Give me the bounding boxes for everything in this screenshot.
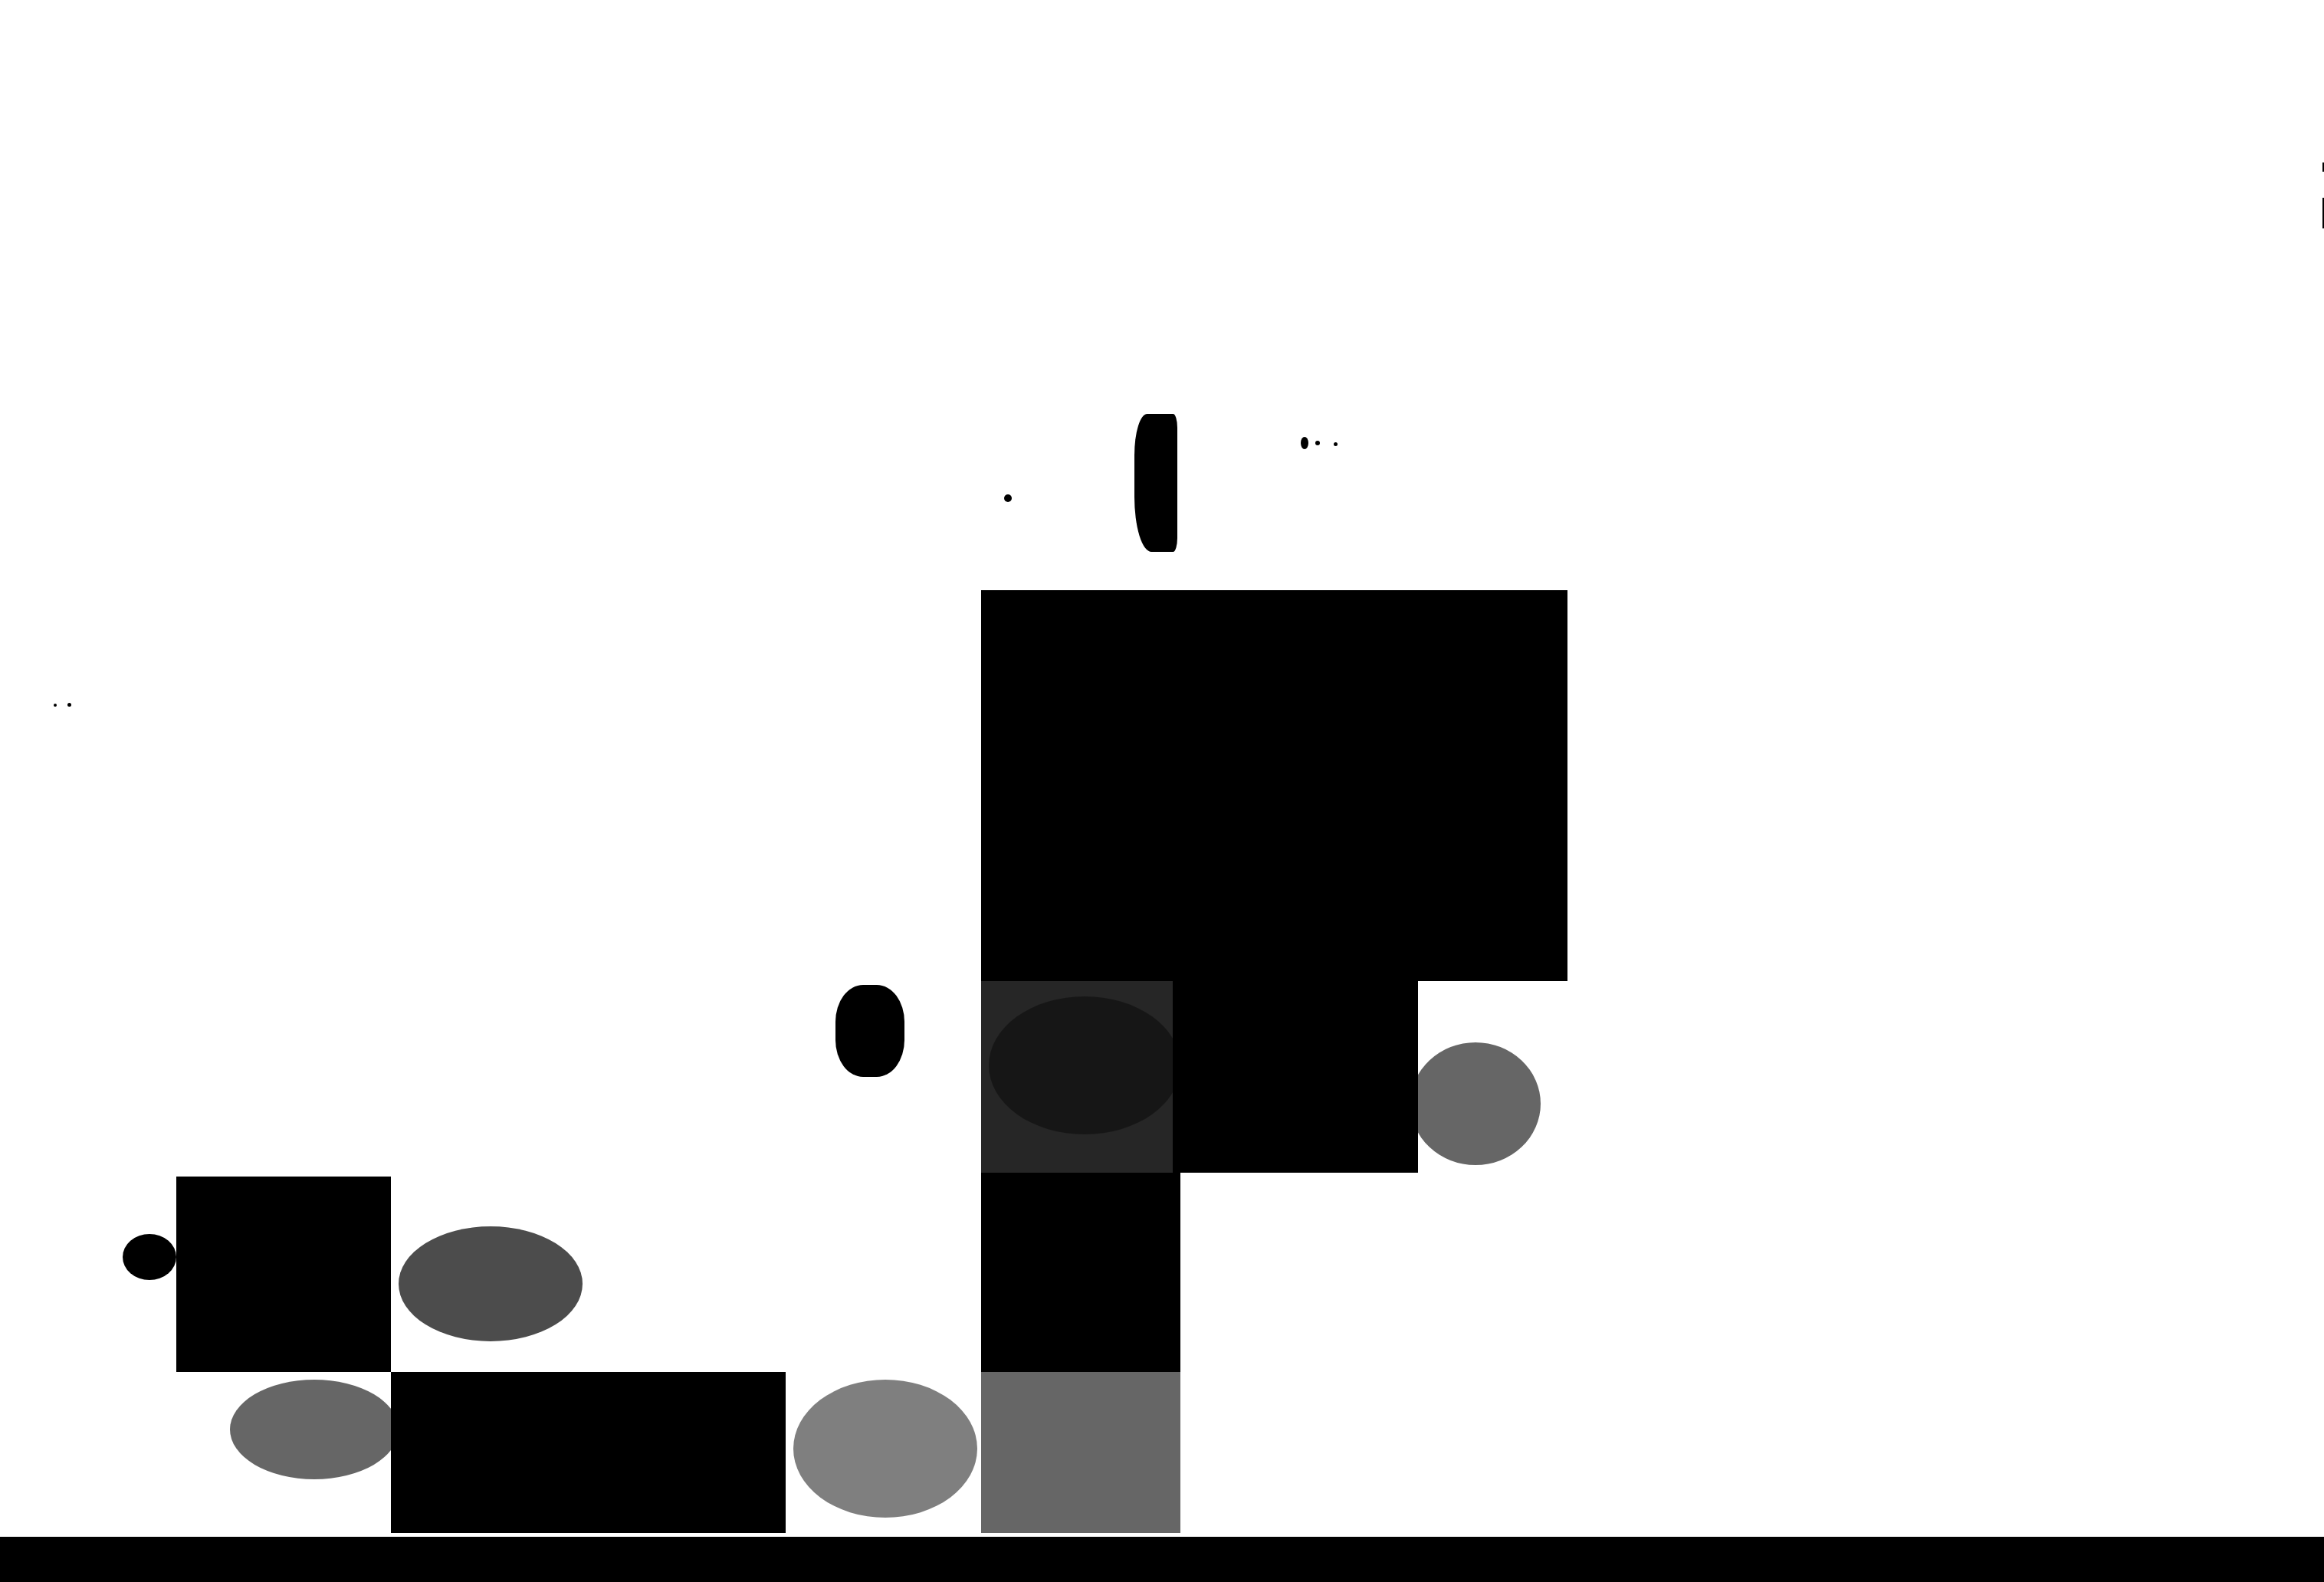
small-shape: [835, 985, 904, 1077]
image-canvas: [0, 0, 2324, 1582]
noise-patch: [230, 1380, 399, 1479]
speck: [1301, 437, 1308, 449]
speck: [1334, 442, 1338, 446]
left-block: [176, 1177, 391, 1372]
noise-patch: [399, 1226, 583, 1341]
top-figure: [1134, 414, 1177, 552]
speck: [1315, 441, 1320, 445]
large-block: [981, 590, 1567, 981]
lower-block-center: [981, 1173, 1180, 1372]
noise-patch: [793, 1380, 977, 1518]
mid-block-right: [1173, 981, 1418, 1173]
speck: [1004, 494, 1012, 502]
speck: [67, 703, 71, 707]
bottom-left-block: [391, 1372, 786, 1533]
noise-patch: [1410, 1042, 1541, 1165]
ground-band: [0, 1537, 2324, 1582]
noise-patch: [123, 1234, 176, 1280]
noise-patch: [989, 996, 1180, 1134]
bottom-center-block: [981, 1372, 1180, 1533]
speck: [54, 704, 57, 707]
